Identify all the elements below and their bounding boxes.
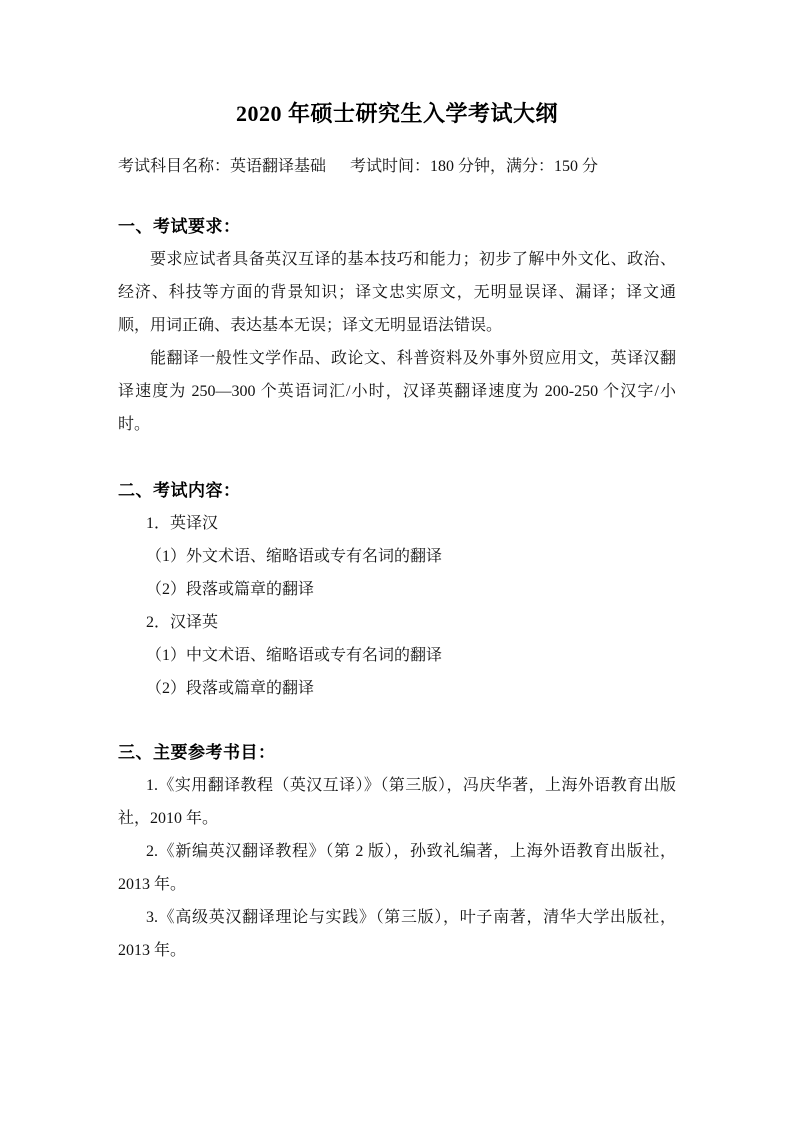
section-heading-requirements: 一、考试要求：: [118, 210, 676, 243]
reference-book-3: 3.《高级英汉翻译理论与实践》（第三版），叶子南著，清华大学出版社，2013 年…: [118, 901, 676, 967]
section-exam-content: 二、考试内容： 1．英译汉 （1）外文术语、缩略语或专有名词的翻译 （2）段落或…: [118, 474, 676, 705]
section-heading-content: 二、考试内容：: [118, 474, 676, 507]
meta-line: 考试科目名称：英语翻译基础 考试时间：180 分钟，满分：150 分: [118, 150, 676, 183]
reference-book-2: 2.《新编英汉翻译教程》（第 2 版），孙致礼编著，上海外语教育出版社，2013…: [118, 835, 676, 901]
document-content: 2020 年硕士研究生入学考试大纲 考试科目名称：英语翻译基础 考试时间：180…: [0, 0, 793, 1121]
content-item-en-to-zh: 1．英译汉: [118, 507, 676, 540]
section-heading-references: 三、主要参考书目：: [118, 736, 676, 769]
content-item-en-passages: （2）段落或篇章的翻译: [118, 573, 676, 606]
document-title: 2020 年硕士研究生入学考试大纲: [118, 97, 676, 131]
content-item-zh-to-en: 2．汉译英: [118, 606, 676, 639]
reference-book-1: 1.《实用翻译教程（英汉互译）》（第三版），冯庆华著，上海外语教育出版社，201…: [118, 769, 676, 835]
section-reference-books: 三、主要参考书目： 1.《实用翻译教程（英汉互译）》（第三版），冯庆华著，上海外…: [118, 736, 676, 967]
content-item-zh-passages: （2）段落或篇章的翻译: [118, 672, 676, 705]
content-item-en-terms: （1）外文术语、缩略语或专有名词的翻译: [118, 540, 676, 573]
exam-time-score-field: 考试时间：180 分钟，满分：150 分: [350, 150, 598, 183]
requirements-paragraph-2: 能翻译一般性文学作品、政论文、科普资料及外事外贸应用文，英译汉翻译速度为 250…: [118, 342, 676, 441]
document-page: 2020 年硕士研究生入学考试大纲 考试科目名称：英语翻译基础 考试时间：180…: [0, 0, 793, 1121]
exam-subject-field: 考试科目名称：英语翻译基础: [118, 150, 326, 183]
content-item-zh-terms: （1）中文术语、缩略语或专有名词的翻译: [118, 639, 676, 672]
requirements-paragraph-1: 要求应试者具备英汉互译的基本技巧和能力；初步了解中外文化、政治、经济、科技等方面…: [118, 243, 676, 342]
section-exam-requirements: 一、考试要求： 要求应试者具备英汉互译的基本技巧和能力；初步了解中外文化、政治、…: [118, 210, 676, 441]
